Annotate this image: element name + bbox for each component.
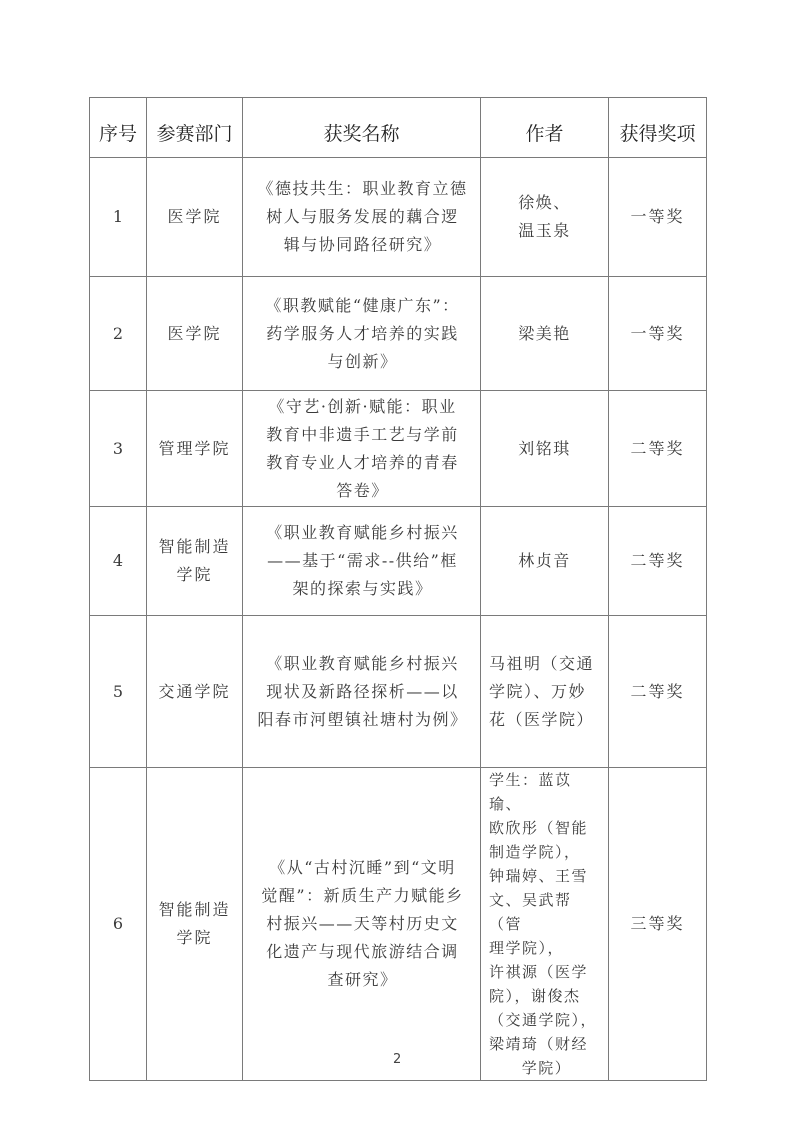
author-line: 文、吴武帮（管 bbox=[489, 888, 604, 936]
row-author: 徐焕、 温玉泉 bbox=[481, 158, 609, 277]
department-line: 学院 bbox=[147, 924, 242, 952]
department-line: 学院 bbox=[147, 561, 242, 589]
title-line: 树人与服务发展的藕合逻 bbox=[253, 203, 472, 231]
row-author: 刘铭琪 bbox=[481, 391, 609, 507]
author-line: 徐焕、 bbox=[485, 189, 604, 217]
page-number: 2 bbox=[393, 1052, 401, 1067]
title-line: 《职业教育赋能乡村振兴 bbox=[253, 519, 472, 547]
row-author: 梁美艳 bbox=[481, 277, 609, 391]
title-line: 阳春市河塱镇社塘村为例》 bbox=[253, 706, 472, 734]
title-line: 《职教赋能“健康广东”： bbox=[253, 292, 472, 320]
table-header-row: 序号 参赛部门 获奖名称 作者 获得奖项 bbox=[90, 98, 707, 158]
row-number: 3 bbox=[90, 391, 147, 507]
table-row: 4 智能制造 学院 《职业教育赋能乡村振兴 ——基于“需求--供给”框 架的探索… bbox=[90, 507, 707, 616]
row-award-title: 《职业教育赋能乡村振兴 ——基于“需求--供给”框 架的探索与实践》 bbox=[243, 507, 481, 616]
row-prize: 一等奖 bbox=[609, 277, 707, 391]
department-line: 医学院 bbox=[147, 203, 242, 231]
row-number: 2 bbox=[90, 277, 147, 391]
department-line: 管理学院 bbox=[147, 435, 242, 463]
department-line: 交通学院 bbox=[147, 678, 242, 706]
table-row: 2 医学院 《职教赋能“健康广东”： 药学服务人才培养的实践 与创新》 梁美艳 … bbox=[90, 277, 707, 391]
header-department: 参赛部门 bbox=[147, 98, 243, 158]
row-department: 医学院 bbox=[147, 277, 243, 391]
title-line: 觉醒”：新质生产力赋能乡 bbox=[253, 882, 472, 910]
row-award-title: 《职业教育赋能乡村振兴 现状及新路径探析——以 阳春市河塱镇社塘村为例》 bbox=[243, 616, 481, 768]
title-line: 查研究》 bbox=[253, 966, 472, 994]
author-line: 花（医学院） bbox=[489, 706, 604, 734]
title-line: 答卷》 bbox=[253, 477, 472, 505]
title-line: 辑与协同路径研究》 bbox=[253, 231, 472, 259]
row-award-title: 《从“古村沉睡”到“文明 觉醒”：新质生产力赋能乡 村振兴——天等村历史文 化遗… bbox=[243, 768, 481, 1081]
row-author: 林贞音 bbox=[481, 507, 609, 616]
author-line: 学院） bbox=[489, 1056, 604, 1080]
title-line: 教育专业人才培养的青春 bbox=[253, 449, 472, 477]
header-award-title: 获奖名称 bbox=[243, 98, 481, 158]
title-line: 村振兴——天等村历史文 bbox=[253, 910, 472, 938]
row-department: 交通学院 bbox=[147, 616, 243, 768]
row-number: 4 bbox=[90, 507, 147, 616]
author-line: 林贞音 bbox=[485, 547, 604, 575]
row-award-title: 《职教赋能“健康广东”： 药学服务人才培养的实践 与创新》 bbox=[243, 277, 481, 391]
author-line: 马祖明（交通 bbox=[489, 650, 604, 678]
title-line: ——基于“需求--供给”框 bbox=[253, 547, 472, 575]
row-prize: 二等奖 bbox=[609, 507, 707, 616]
author-line: 梁靖琦（财经 bbox=[489, 1032, 604, 1056]
title-line: 《从“古村沉睡”到“文明 bbox=[253, 854, 472, 882]
header-author: 作者 bbox=[481, 98, 609, 158]
author-line: 钟瑞婷、王雪 bbox=[489, 864, 604, 888]
row-number: 5 bbox=[90, 616, 147, 768]
row-author: 学生：蓝苡瑜、 欧欣彤（智能 制造学院）， 钟瑞婷、王雪 文、吴武帮（管 理学院… bbox=[481, 768, 609, 1081]
title-line: 教育中非遗手工艺与学前 bbox=[253, 421, 472, 449]
title-line: 《守艺·创新·赋能：职业 bbox=[253, 393, 472, 421]
table-row: 6 智能制造 学院 《从“古村沉睡”到“文明 觉醒”：新质生产力赋能乡 村振兴—… bbox=[90, 768, 707, 1081]
author-line: 理学院）， bbox=[489, 936, 604, 960]
row-department: 智能制造 学院 bbox=[147, 768, 243, 1081]
title-line: 《德技共生：职业教育立德 bbox=[253, 175, 472, 203]
row-department: 智能制造 学院 bbox=[147, 507, 243, 616]
author-line: 梁美艳 bbox=[485, 320, 604, 348]
header-prize: 获得奖项 bbox=[609, 98, 707, 158]
awards-table: 序号 参赛部门 获奖名称 作者 获得奖项 1 医学院 《德技共生：职业教育立德 … bbox=[89, 97, 707, 1081]
row-award-title: 《德技共生：职业教育立德 树人与服务发展的藕合逻 辑与协同路径研究》 bbox=[243, 158, 481, 277]
row-prize: 二等奖 bbox=[609, 391, 707, 507]
row-prize: 一等奖 bbox=[609, 158, 707, 277]
table-row: 1 医学院 《德技共生：职业教育立德 树人与服务发展的藕合逻 辑与协同路径研究》… bbox=[90, 158, 707, 277]
header-number: 序号 bbox=[90, 98, 147, 158]
row-department: 管理学院 bbox=[147, 391, 243, 507]
document-page: 序号 参赛部门 获奖名称 作者 获得奖项 1 医学院 《德技共生：职业教育立德 … bbox=[0, 0, 800, 1131]
author-line: 欧欣彤（智能 bbox=[489, 816, 604, 840]
title-line: 与创新》 bbox=[253, 348, 472, 376]
author-line: （交通学院）， bbox=[489, 1008, 604, 1032]
title-line: 架的探索与实践》 bbox=[253, 575, 472, 603]
author-line: 院），谢俊杰 bbox=[489, 984, 604, 1008]
author-line: 制造学院）， bbox=[489, 840, 604, 864]
author-line: 许祺源（医学 bbox=[489, 960, 604, 984]
row-author: 马祖明（交通 学院）、万妙 花（医学院） bbox=[481, 616, 609, 768]
department-line: 医学院 bbox=[147, 320, 242, 348]
row-prize: 三等奖 bbox=[609, 768, 707, 1081]
row-number: 1 bbox=[90, 158, 147, 277]
title-line: 现状及新路径探析——以 bbox=[253, 678, 472, 706]
author-line: 刘铭琪 bbox=[485, 435, 604, 463]
title-line: 化遗产与现代旅游结合调 bbox=[253, 938, 472, 966]
row-award-title: 《守艺·创新·赋能：职业 教育中非遗手工艺与学前 教育专业人才培养的青春 答卷》 bbox=[243, 391, 481, 507]
author-line: 学生：蓝苡瑜、 bbox=[489, 768, 604, 816]
table-row: 3 管理学院 《守艺·创新·赋能：职业 教育中非遗手工艺与学前 教育专业人才培养… bbox=[90, 391, 707, 507]
table-row: 5 交通学院 《职业教育赋能乡村振兴 现状及新路径探析——以 阳春市河塱镇社塘村… bbox=[90, 616, 707, 768]
department-line: 智能制造 bbox=[147, 533, 242, 561]
author-line: 温玉泉 bbox=[485, 217, 604, 245]
department-line: 智能制造 bbox=[147, 896, 242, 924]
row-prize: 二等奖 bbox=[609, 616, 707, 768]
title-line: 《职业教育赋能乡村振兴 bbox=[253, 650, 472, 678]
title-line: 药学服务人才培养的实践 bbox=[253, 320, 472, 348]
author-line: 学院）、万妙 bbox=[489, 678, 604, 706]
row-number: 6 bbox=[90, 768, 147, 1081]
row-department: 医学院 bbox=[147, 158, 243, 277]
